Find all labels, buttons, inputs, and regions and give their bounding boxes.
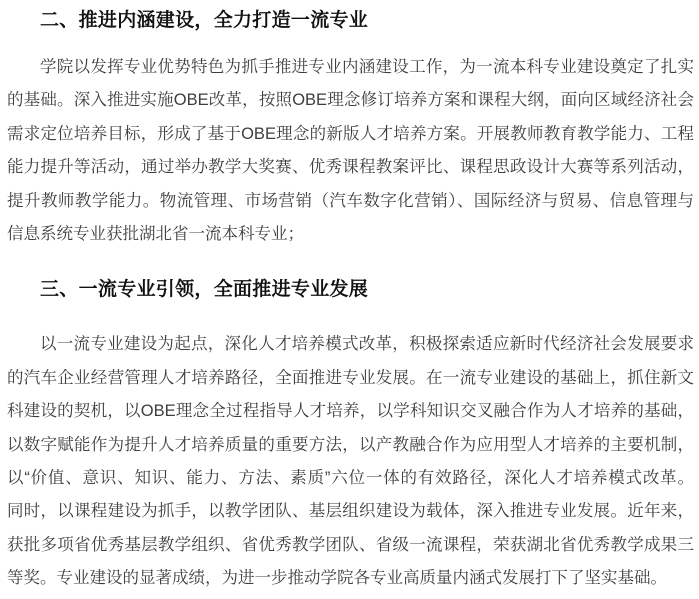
paragraph-line: 等奖。专业建设的显著成绩，为进一步推动学院各专业高质量内涵式发展打下了坚实基础。 xyxy=(7,562,694,595)
paragraph: 学院以发挥专业优势特色为抓手推进专业内涵建设工作，为一流本科专业建设奠定了扎实 … xyxy=(7,51,694,251)
paragraph-line: 信息系统专业获批湖北省一流本科专业； xyxy=(7,218,694,251)
paragraph-line: 的汽车企业经营管理人才培养路径，全面推进专业发展。在一流专业建设的基础上，抓住新… xyxy=(7,362,694,395)
paragraph-line: 以数字赋能作为提升人才培养质量的重要方法，以产教融合作为应用型人才培养的主要机制… xyxy=(7,429,694,462)
paragraph-line: 需求定位培养目标，形成了基于OBE理念的新版人才培养方案。开展教师教育教学能力、… xyxy=(7,118,694,151)
paragraph-line: 学院以发挥专业优势特色为抓手推进专业内涵建设工作，为一流本科专业建设奠定了扎实 xyxy=(7,51,694,84)
paragraph-line: 以一流专业建设为起点，深化人才培养模式改革，积极探索适应新时代经济社会发展要求 xyxy=(7,328,694,361)
section-three: 三、一流专业引领，全面推进专业发展 以一流专业建设为起点，深化人才培养模式改革，… xyxy=(7,278,694,595)
paragraph-line: 同时，以课程建设为抓手，以教学团队、基层组织建设为载体，深入推进专业发展。近年来… xyxy=(7,495,694,528)
paragraph-line: 以“价值、意识、知识、能力、方法、素质”六位一体的有效路径，深化人才培养模式改革… xyxy=(7,462,694,495)
document-page: 二、推进内涵建设，全力打造一流专业 学院以发挥专业优势特色为抓手推进专业内涵建设… xyxy=(0,0,699,599)
section-heading: 二、推进内涵建设，全力打造一流专业 xyxy=(7,9,694,33)
paragraph-line: 科建设的契机，以OBE理念全过程指导人才培养，以学科知识交叉融合作为人才培养的基… xyxy=(7,395,694,428)
section-two: 二、推进内涵建设，全力打造一流专业 学院以发挥专业优势特色为抓手推进专业内涵建设… xyxy=(7,9,694,251)
paragraph-line: 提升教师教学能力。物流管理、市场营销（汽车数字化营销）、国际经济与贸易、信息管理… xyxy=(7,185,694,218)
paragraph-line: 的基础。深入推进实施OBE改革，按照OBE理念修订培养方案和课程大纲，面向区域经… xyxy=(7,84,694,117)
section-heading: 三、一流专业引领，全面推进专业发展 xyxy=(7,278,694,302)
paragraph-line: 获批多项省优秀基层教学组织、省优秀教学团队、省级一流课程，荣获湖北省优秀教学成果… xyxy=(7,529,694,562)
paragraph: 以一流专业建设为起点，深化人才培养模式改革，积极探索适应新时代经济社会发展要求 … xyxy=(7,328,694,595)
paragraph-line: 能力提升等活动，通过举办教学大奖赛、优秀课程教案评比、课程思政设计大赛等系列活动… xyxy=(7,151,694,184)
